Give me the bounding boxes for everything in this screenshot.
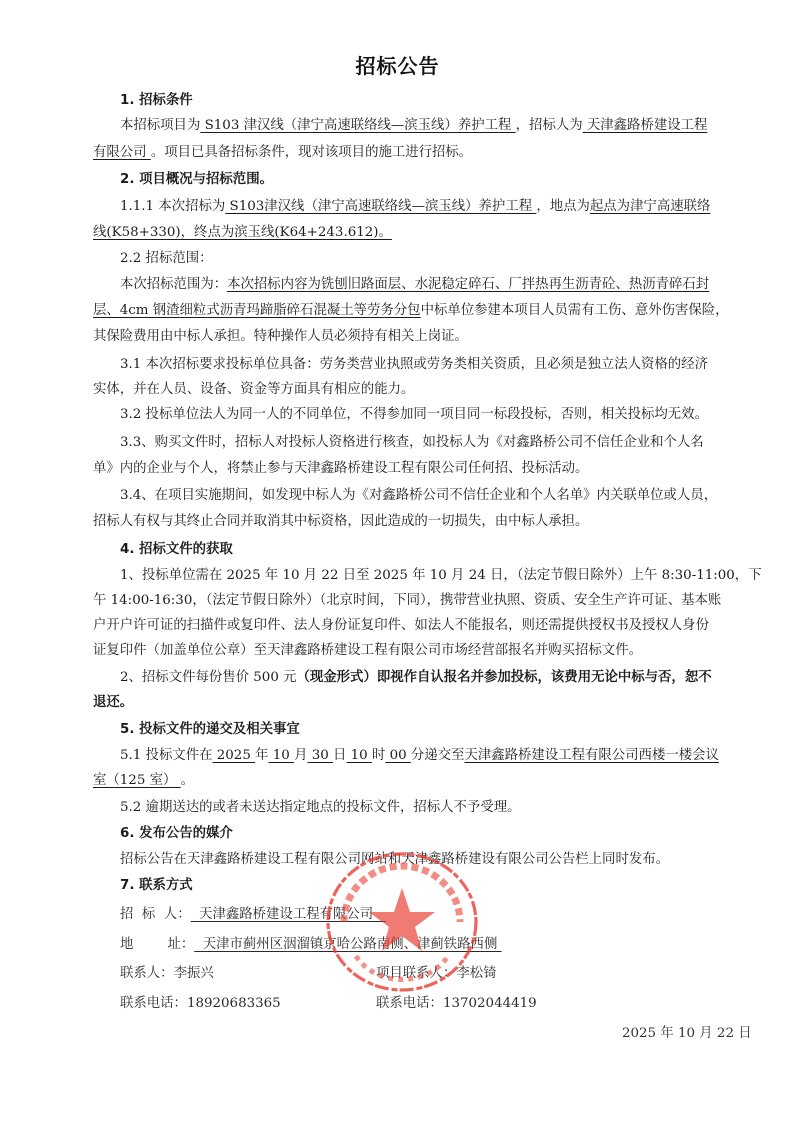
- deadline-hour: 10: [346, 748, 372, 763]
- text: ，地点为: [536, 199, 590, 214]
- text: 1.1.1 本次招标为: [120, 199, 225, 214]
- deadline-month: 10: [269, 748, 295, 763]
- clause-3-1-line-1: 3.1 本次招标要求投标单位具备：劳务类营业执照或劳务类相关资质，且必须是独立法…: [120, 356, 741, 374]
- project-contact-name: 李松锜: [456, 966, 496, 981]
- tenderer-name: 天津鑫路桥建设工程: [583, 118, 708, 133]
- section-4-p2-line-1: 2、招标文件每份售价 500 元（现金形式）即视作自认报名并参加投标，该费用无论…: [120, 668, 741, 687]
- text: 月: [294, 748, 307, 763]
- phone-number: 18920683365: [187, 996, 281, 1011]
- project-name: S103津汉线（津宁高速联络线—滨玉线）养护工程: [225, 199, 536, 214]
- text: 。: [181, 773, 194, 788]
- text: 。项目已具备招标条件，现对该项目的施工进行招标。: [151, 145, 472, 160]
- document-title: 招标公告: [0, 50, 795, 79]
- section-5-heading: 5. 投标文件的递交及相关事宜: [120, 721, 741, 739]
- text: 2、招标文件每份售价 500 元: [120, 670, 297, 685]
- clause-3-3-line-2: 单》内的企业与个人，将禁止参与天津鑫路桥建设工程有限公司任何招、投标活动。: [93, 460, 741, 478]
- project-contact-label: 项目联系人：: [376, 966, 456, 981]
- address-value: 天津市蓟州区洇溜镇京哈公路南侧、津蓟铁路西侧: [194, 937, 501, 952]
- deadline-day: 30: [307, 748, 333, 763]
- section-6-heading: 6. 发布公告的媒介: [120, 825, 741, 843]
- scope-line-3: 其保险费用由中标人承担。特种操作人员必须持有相关上岗证。: [93, 328, 741, 346]
- address-label: 地 址：: [120, 937, 194, 952]
- clause-3-3-line-1: 3.3、购买文件时，招标人对投标人资格进行核查，如投标人为《对鑫路桥公司不信任企…: [120, 434, 741, 452]
- phone-label: 联系电话：: [376, 996, 443, 1011]
- contact-phone: 联系电话：18920683365: [120, 992, 281, 1011]
- tenderer-value: 天津鑫路桥建设工程有限公司: [191, 907, 386, 922]
- text: 5.1 投标文件在: [120, 748, 213, 763]
- scope-line-2: 层、4cm 钢渣细粒式沥青玛蹄脂碎石混凝土等劳务分包中标单位参建本项目人员需有工…: [93, 302, 741, 320]
- fee-terms: （现金形式）即视作自认报名并参加投标，该费用无论中标与否，恕不: [297, 669, 712, 685]
- address-row: 地 址： 天津市蓟州区洇溜镇京哈公路南侧、津蓟铁路西侧: [120, 933, 502, 952]
- section-1-heading: 1. 招标条件: [120, 92, 741, 110]
- section-1-line-2: 有限公司 。项目已具备招标条件，现对该项目的施工进行招标。: [93, 144, 741, 162]
- issue-date: 2025 年 10 月 22 日: [622, 1022, 752, 1041]
- contact-person: 联系人：李振兴: [120, 962, 214, 981]
- section-2-heading: 2. 项目概况与招标范围。: [120, 171, 741, 189]
- section-4-p2-line-2: 退还。: [93, 693, 741, 711]
- clause-5-1-line-2: 室（125 室） 。: [93, 772, 741, 790]
- tenderer-name-cont: 有限公司: [93, 145, 151, 160]
- clause-3-2: 3.2 投标单位法人为同一人的不同单位，不得参加同一项目同一标段投标，否则，相关…: [120, 406, 741, 424]
- project-name: S103 津汉线（津宁高速联络线—滨玉线）养护工程: [200, 118, 515, 133]
- scope-content: 本次招标内容为铣刨旧路面层、水泥稳定碎石、厂拌热再生沥青砼、热沥青碎石封: [227, 277, 709, 292]
- contact-name: 李振兴: [174, 966, 214, 981]
- section-2-2-heading: 2.2 招标范围：: [120, 250, 741, 268]
- clause-5-1-line-1: 5.1 投标文件在 2025 年 10 月 30 日 10 时 00 分递交至天…: [120, 747, 741, 765]
- submission-place: 天津鑫路桥建设工程有限公司西楼一楼会议: [464, 748, 718, 763]
- project-contact-person: 项目联系人：李松锜: [376, 962, 497, 981]
- deadline-minute: 00: [385, 748, 411, 763]
- contact-label: 联系人：: [120, 966, 174, 981]
- scope-content-cont: 层、4cm 钢渣细粒式沥青玛蹄脂碎石混凝土等劳务分包: [93, 303, 421, 318]
- tenderer-row: 招 标 人： 天津鑫路桥建设工程有限公司: [120, 903, 386, 922]
- text: 日: [333, 748, 346, 763]
- text: 分递交至: [411, 748, 465, 763]
- document-page: 招标公告 1. 招标条件 本招标项目为 S103 津汉线（津宁高速联络线—滨玉线…: [0, 0, 795, 1124]
- project-location-cont: 线(K58+330)，终点为滨玉线(K64+243.612)。: [93, 225, 392, 240]
- section-1-line-1: 本招标项目为 S103 津汉线（津宁高速联络线—滨玉线）养护工程 ，招标人为 天…: [120, 117, 741, 135]
- project-location: 起点为津宁高速联络: [590, 199, 711, 214]
- section-2-1-1-line-1: 1.1.1 本次招标为 S103津汉线（津宁高速联络线—滨玉线）养护工程 ，地点…: [120, 198, 741, 216]
- section-4-p1-line-2: 午 14:00-16:30，（法定节假日除外）（北京时间，下同），携带营业执照、…: [93, 592, 741, 610]
- deadline-year: 2025: [213, 748, 256, 763]
- clause-3-4-line-1: 3.4、在项目实施期间，如发现中标人为《对鑫路桥公司不信任企业和个人名单》内关联…: [120, 487, 741, 505]
- section-4-p1-line-3: 户开户许可证的扫描件或复印件、法人身份证复印件、如法人不能报名，则还需提供授权书…: [93, 617, 741, 635]
- text: 时: [372, 748, 385, 763]
- tenderer-label: 招 标 人：: [120, 907, 191, 922]
- section-4-heading: 4. 招标文件的获取: [120, 541, 741, 559]
- text: 本次招标范围为：: [120, 277, 227, 292]
- section-6-text: 招标公告在天津鑫路桥建设工程有限公司网站和天津鑫路桥建设有限公司公告栏上同时发布…: [120, 851, 741, 869]
- text: ，招标人为: [516, 118, 583, 133]
- submission-place-cont: 室（125 室）: [93, 773, 181, 788]
- phone-label: 联系电话：: [120, 996, 187, 1011]
- text: 中标单位参建本项目人员需有工伤、意外伤害保险，: [421, 303, 729, 318]
- section-2-1-1-line-2: 线(K58+330)，终点为滨玉线(K64+243.612)。: [93, 224, 741, 242]
- section-4-p1-line-1: 1、投标单位需在 2025 年 10 月 22 日至 2025 年 10 月 2…: [120, 567, 741, 585]
- clause-3-1-line-2: 实体，并在人员、设备、资金等方面具有相应的能力。: [93, 381, 741, 399]
- section-7-heading: 7. 联系方式: [120, 877, 741, 895]
- section-4-p1-line-4: 证复印件（加盖单位公章）至天津鑫路桥建设工程有限公司市场经营部报名并购买招标文件…: [93, 642, 741, 660]
- phone-number: 13702044419: [443, 996, 537, 1011]
- clause-5-2: 5.2 逾期送达的或者未送达指定地点的投标文件，招标人不予受理。: [120, 799, 741, 817]
- text: 本招标项目为: [120, 118, 200, 133]
- scope-line-1: 本次招标范围为：本次招标内容为铣刨旧路面层、水泥稳定碎石、厂拌热再生沥青砼、热沥…: [120, 276, 741, 294]
- clause-3-4-line-2: 招标人有权与其终止合同并取消其中标资格，因此造成的一切损失，由中标人承担。: [93, 513, 741, 531]
- text: 年: [255, 748, 268, 763]
- project-contact-phone: 联系电话：13702044419: [376, 992, 537, 1011]
